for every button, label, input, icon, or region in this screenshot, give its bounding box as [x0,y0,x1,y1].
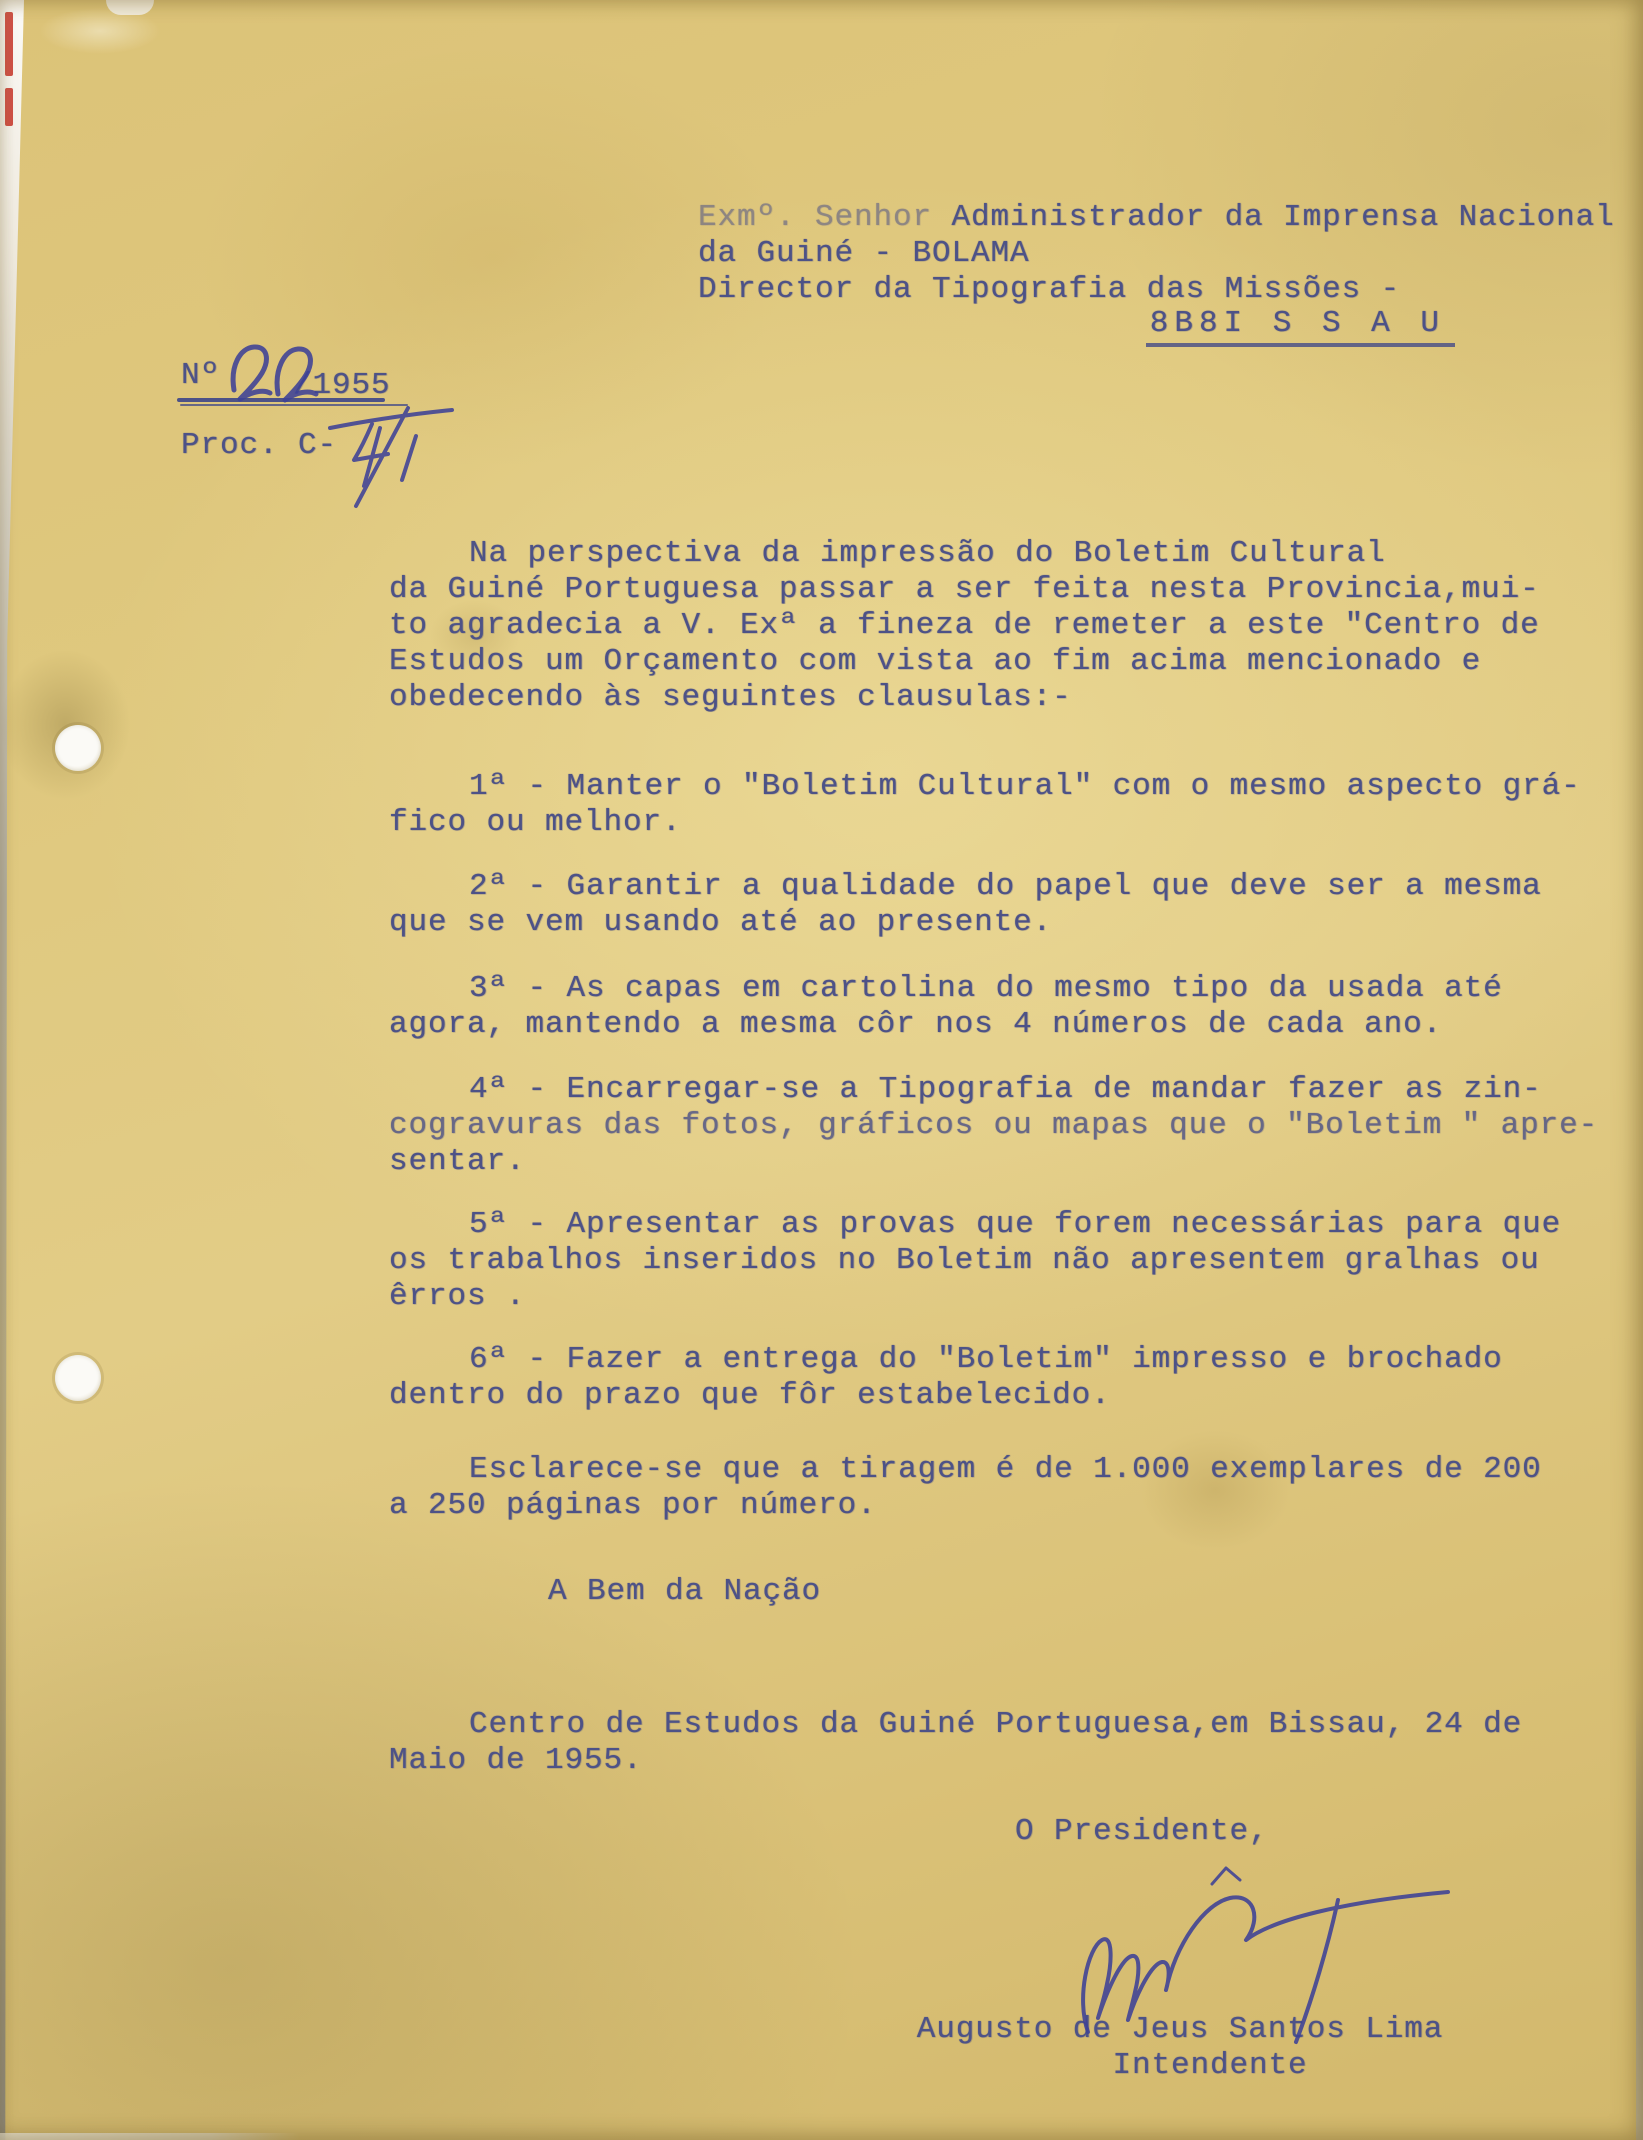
text-line: to agradecia a V. Exª a fineza de remete… [389,608,1634,644]
clause-3: 3ª - As capas em cartolina do mesmo tipo… [389,971,1634,1043]
text-line: 4ª - Encarregar-se a Tipografia de manda… [389,1072,1634,1108]
text-line: cogravuras das fotos, gráficos ou mapas … [389,1108,1634,1144]
punch-hole-top [55,725,101,771]
letter-page: Exmº. Senhor Administrador da Imprensa N… [0,0,1643,2140]
red-edge-mark [5,12,13,76]
text-line: Maio de 1955. [389,1743,1634,1779]
text-line: 5ª - Apresentar as provas que forem nece… [389,1207,1634,1243]
text-line: êrros . [389,1279,1634,1315]
process-label: Proc. C- [181,428,337,464]
scanner-right-edge [1636,1690,1643,2140]
text-line: 2ª - Garantir a qualidade do papel que d… [389,869,1634,905]
clause-1: 1ª - Manter o "Boletim Cultural" com o m… [389,769,1634,841]
ref-underline-light [180,404,408,406]
text-line: 1ª - Manter o "Boletim Cultural" com o m… [389,769,1634,805]
text-line: dentro do prazo que fôr estabelecido. [389,1378,1634,1414]
clause-5: 5ª - Apresentar as provas que forem nece… [389,1207,1634,1315]
dateline: Centro de Estudos da Guiné Portuguesa,em… [389,1707,1634,1779]
role-line: O Presidente, [1015,1814,1269,1850]
scanner-left-edge [0,0,24,2140]
text-line: 3ª - As capas em cartolina do mesmo tipo… [389,971,1634,1007]
paper-stain [0,650,130,800]
addressee-line-1: Exmº. Senhor Administrador da Imprensa N… [698,200,1455,236]
text-line: Estudos um Orçamento com vista ao fim ac… [389,644,1634,680]
opening-paragraph: Na perspectiva da impressão do Boletim C… [389,536,1634,716]
ref-underline-heavy [177,398,385,402]
clause-4: 4ª - Encarregar-se a Tipografia de manda… [389,1072,1634,1180]
text-line: sentar. [389,1144,1634,1180]
worn-corner-patch [40,8,160,54]
addressee-line-2: da Guiné - BOLAMA [698,236,1455,272]
city-row: 8B8I S S A U [698,306,1455,347]
text-line: os trabalhos inseridos no Boletim não ap… [389,1243,1634,1279]
signatory-title: Intendente [900,2048,1460,2084]
text-line: agora, mantendo a mesma côr nos 4 número… [389,1007,1634,1043]
ref-number-label: Nº [181,358,220,394]
text-line: a 250 páginas por número. [389,1488,1634,1524]
text-line: da Guiné Portuguesa passar a ser feita n… [389,572,1634,608]
clause-6: 6ª - Fazer a entrega do "Boletim" impres… [389,1342,1634,1414]
print-run-note: Esclarece-se que a tiragem é de 1.000 ex… [389,1452,1634,1524]
scanner-bottom-edge [0,2133,300,2140]
addressee-name: Administrador da Imprensa Nacional [952,200,1615,235]
text-line: Centro de Estudos da Guiné Portuguesa,em… [389,1707,1634,1743]
signature-accent [1212,1868,1240,1884]
signatory-name: Augusto de Jeus Santos Lima [900,2012,1460,2048]
punch-hole-bottom [55,1355,101,1401]
text-line: fico ou melhor. [389,805,1634,841]
text-line: 6ª - Fazer a entrega do "Boletim" impres… [389,1342,1634,1378]
city-label: 8B8I S S A U [1146,306,1455,347]
salutation: Exmº. Senhor [698,200,952,235]
text-line: Na perspectiva da impressão do Boletim C… [389,536,1634,572]
text-line: obedecendo às seguintes clausulas:- [389,680,1634,716]
signatory-block: Augusto de Jeus Santos Lima Intendente [900,2012,1460,2084]
addressee-line-3: Director da Tipografia das Missões - [698,272,1455,308]
addressee-block: Exmº. Senhor Administrador da Imprensa N… [698,200,1455,347]
handwritten-4-1 [330,408,452,506]
salute-line: A Bem da Nação [548,1574,821,1610]
text-line: Esclarece-se que a tiragem é de 1.000 ex… [389,1452,1634,1488]
text-line: que se vem usando até ao presente. [389,905,1634,941]
clause-2: 2ª - Garantir a qualidade do papel que d… [389,869,1634,941]
red-edge-mark [5,88,13,126]
